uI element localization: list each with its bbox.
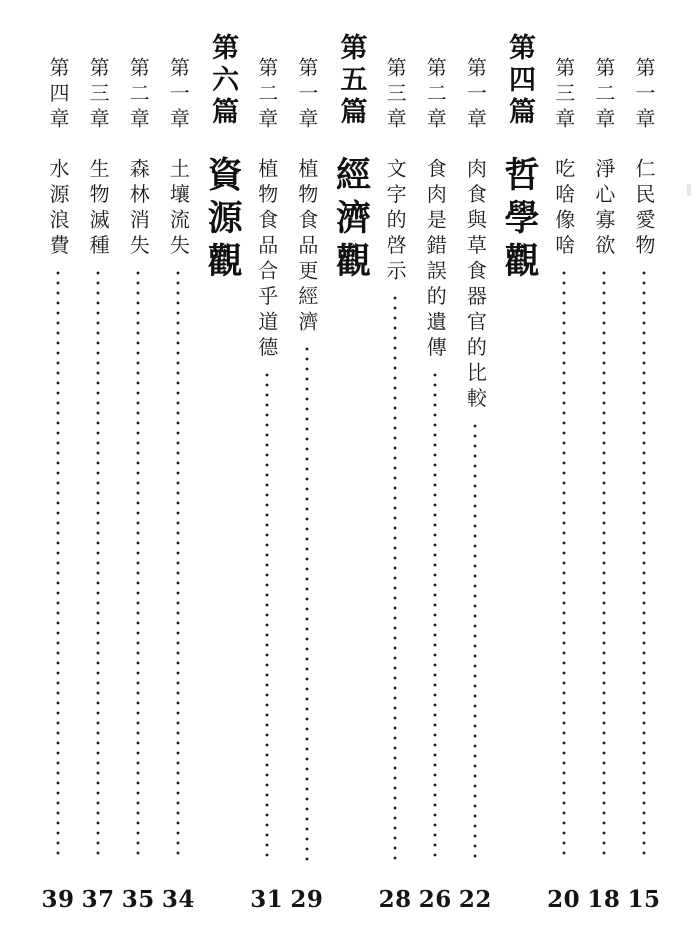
entry-title: 仁民愛物 xyxy=(634,158,654,260)
entry-label: 第一章 xyxy=(297,57,317,134)
page-number: 20 xyxy=(547,861,580,913)
toc-entry-chapter-8: 第一章 植物食品更經濟 29 xyxy=(287,0,327,941)
entry-label: 第一章 xyxy=(634,57,654,134)
entry-title: 淨心寡欲 xyxy=(594,158,614,260)
dot-leader xyxy=(305,344,309,861)
toc-entry-section-3: 第四篇 哲學觀 xyxy=(496,0,544,941)
dot-leader xyxy=(602,268,606,862)
toc-entry-chapter-9: 第二章 植物食品合乎道德 31 xyxy=(247,0,287,941)
toc-entry-chapter-13: 第三章 生物滅種 37 xyxy=(78,0,118,941)
toc-entry-chapter-2: 第三章 吃啥像啥 20 xyxy=(544,0,584,941)
page-number: 26 xyxy=(419,861,452,913)
dot-leader xyxy=(642,268,646,862)
toc-page: 第一章 仁民愛物 15 第二章 淨心寡欲 18 第三章 吃啥像啥 20 第四篇 … xyxy=(0,0,700,941)
dot-leader xyxy=(433,370,437,862)
entry-label: 第一章 xyxy=(465,57,485,134)
entry-label: 第二章 xyxy=(425,57,445,134)
page-number: 29 xyxy=(290,861,323,913)
dot-leader xyxy=(393,293,397,861)
toc-entry-chapter-5: 第二章 食肉是錯誤的遺傳 26 xyxy=(415,0,455,941)
entry-label: 第二章 xyxy=(128,57,148,134)
toc-columns: 第一章 仁民愛物 15 第二章 淨心寡欲 18 第三章 吃啥像啥 20 第四篇 … xyxy=(38,0,664,941)
entry-title: 生物滅種 xyxy=(88,158,108,260)
toc-entry-chapter-11: 第一章 土壤流失 34 xyxy=(158,0,198,941)
entry-title: 土壤流失 xyxy=(168,158,188,260)
dot-leader xyxy=(96,268,100,862)
page-number: 34 xyxy=(162,861,195,913)
entry-label: 第四章 xyxy=(48,57,68,134)
entry-label: 第四篇 xyxy=(506,33,533,129)
entry-label: 第一章 xyxy=(168,57,188,134)
dot-leader xyxy=(176,268,180,862)
entry-label: 第六篇 xyxy=(209,33,236,129)
toc-entry-section-10: 第六篇 資源觀 xyxy=(199,0,247,941)
entry-label: 第二章 xyxy=(257,57,277,134)
entry-title: 植物食品合乎道德 xyxy=(257,158,277,362)
dot-leader xyxy=(265,370,269,862)
dot-leader xyxy=(56,268,60,862)
page-number: 35 xyxy=(122,861,155,913)
toc-entry-chapter-0: 第一章 仁民愛物 15 xyxy=(624,0,664,941)
entry-label: 第三章 xyxy=(554,57,574,134)
entry-title: 植物食品更經濟 xyxy=(297,158,317,337)
dot-leader xyxy=(473,421,477,862)
page-number: 28 xyxy=(379,861,412,913)
entry-label: 第五篇 xyxy=(337,33,364,129)
entry-title: 哲學觀 xyxy=(502,156,537,285)
dot-leader xyxy=(562,268,566,862)
toc-entry-chapter-6: 第三章 文字的啓示 28 xyxy=(375,0,415,941)
page-number: 37 xyxy=(82,861,115,913)
entry-label: 第二章 xyxy=(594,57,614,134)
toc-entry-chapter-1: 第二章 淨心寡欲 18 xyxy=(584,0,624,941)
entry-label: 第三章 xyxy=(88,57,108,134)
toc-entry-chapter-4: 第一章 肉食與草食器官的比較 22 xyxy=(455,0,495,941)
entry-label: 第三章 xyxy=(385,57,405,134)
page-number: 15 xyxy=(627,861,660,913)
page-number: 31 xyxy=(250,861,283,913)
entry-title: 資源觀 xyxy=(205,156,240,285)
page-number: 39 xyxy=(41,861,74,913)
scan-artifact xyxy=(687,184,691,196)
entry-title: 文字的啓示 xyxy=(385,158,405,286)
toc-entry-chapter-12: 第二章 森林消失 35 xyxy=(118,0,158,941)
entry-title: 食肉是錯誤的遺傳 xyxy=(425,158,445,362)
entry-title: 肉食與草食器官的比較 xyxy=(465,158,485,413)
page-number: 18 xyxy=(587,861,620,913)
toc-entry-section-7: 第五篇 經濟觀 xyxy=(327,0,375,941)
dot-leader xyxy=(136,268,140,862)
entry-title: 經濟觀 xyxy=(333,156,368,285)
toc-entry-chapter-14: 第四章 水源浪費 39 xyxy=(38,0,78,941)
page-number: 22 xyxy=(459,861,492,913)
entry-title: 水源浪費 xyxy=(48,158,68,260)
entry-title: 森林消失 xyxy=(128,158,148,260)
entry-title: 吃啥像啥 xyxy=(554,158,574,260)
